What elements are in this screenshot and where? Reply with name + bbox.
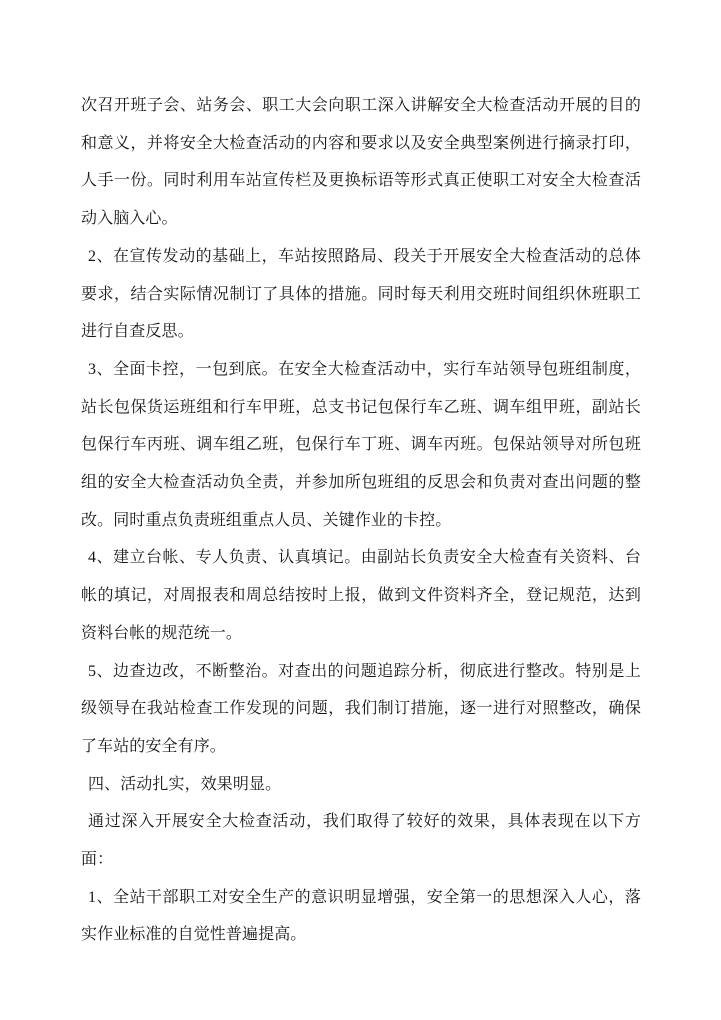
paragraph-continuation: 次召开班子会、站务会、职工大会向职工深入讲解安全大检查活动开展的目的和意义，并将… <box>81 87 641 238</box>
section-heading-4: 四、活动扎实，效果明显。 <box>81 766 641 804</box>
paragraph-item-4: 4、建立台帐、专人负责、认真填记。由副站长负责安全大检查有关资料、台帐的填记，对… <box>81 539 641 652</box>
paragraph-item-3: 3、全面卡控，一包到底。在安全大检查活动中，实行车站领导包班组制度，站长包保货运… <box>81 351 641 540</box>
paragraph-result-1: 1、全站干部职工对安全生产的意识明显增强，安全第一的思想深入人心，落实作业标准的… <box>81 879 641 954</box>
paragraph-summary-intro: 通过深入开展安全大检查活动，我们取得了较好的效果，具体表现在以下方面： <box>81 803 641 878</box>
paragraph-item-5: 5、边查边改，不断整治。对查出的问题追踪分析，彻底进行整改。特别是上级领导在我站… <box>81 653 641 766</box>
paragraph-item-2: 2、在宣传发动的基础上，车站按照路局、段关于开展安全大检查活动的总体要求，结合实… <box>81 238 641 351</box>
document-page: 次召开班子会、站务会、职工大会向职工深入讲解安全大检查活动开展的目的和意义，并将… <box>0 0 721 1020</box>
